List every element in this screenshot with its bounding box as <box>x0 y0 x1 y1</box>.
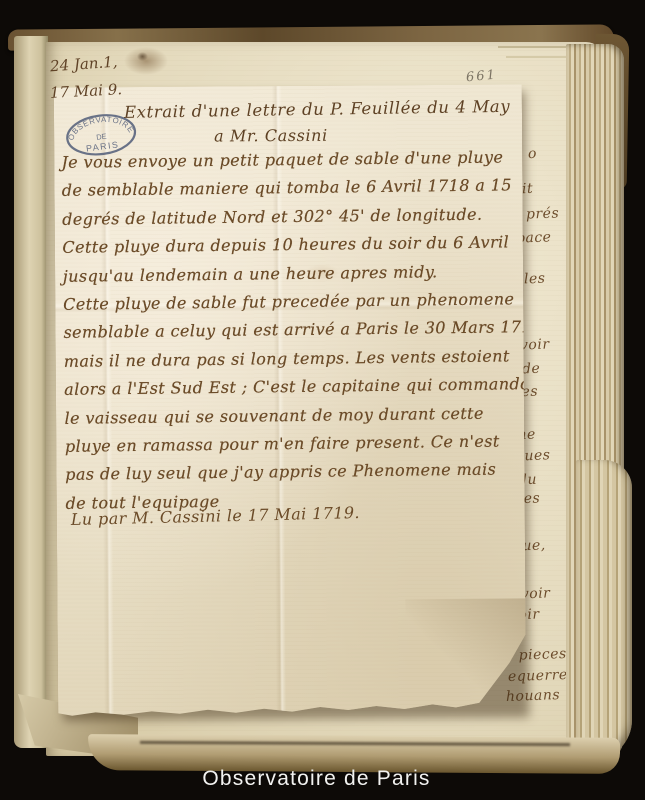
photo-of-manuscript: o it prés pace les voir de ues une lques… <box>0 0 645 800</box>
underpage-fragment: les <box>524 271 546 288</box>
letter-sheet: OBSERVATOIRE DE PARIS Extrait d'une lett… <box>54 84 526 719</box>
underpage-fragment: prés <box>526 205 560 222</box>
page-stack-fore-edge-bulge <box>576 460 632 760</box>
annotation-date-2: 17 Mai 9. <box>50 80 123 102</box>
ink-stain-dot <box>137 52 148 61</box>
underpage-fragment: o <box>528 146 537 162</box>
photo-caption: Observatoire de Paris <box>0 767 633 791</box>
letter-heading-line2: a Mr. Cassini <box>214 126 328 146</box>
letter-body: Je vous envoye un petit paquet de sable … <box>61 143 545 518</box>
stamp-middle-text: DE <box>96 132 107 142</box>
letter-heading-line1: Extrait d'une lettre du P. Feuillée du 4… <box>124 97 511 122</box>
pencil-page-number: 661 <box>465 68 497 86</box>
letter-line: pas de luy seul que j'ay appris ce Pheno… <box>65 455 544 489</box>
letter-line: Cette pluye dura depuis 10 heures du soi… <box>62 228 541 262</box>
book-left-gutter-page <box>14 36 48 748</box>
